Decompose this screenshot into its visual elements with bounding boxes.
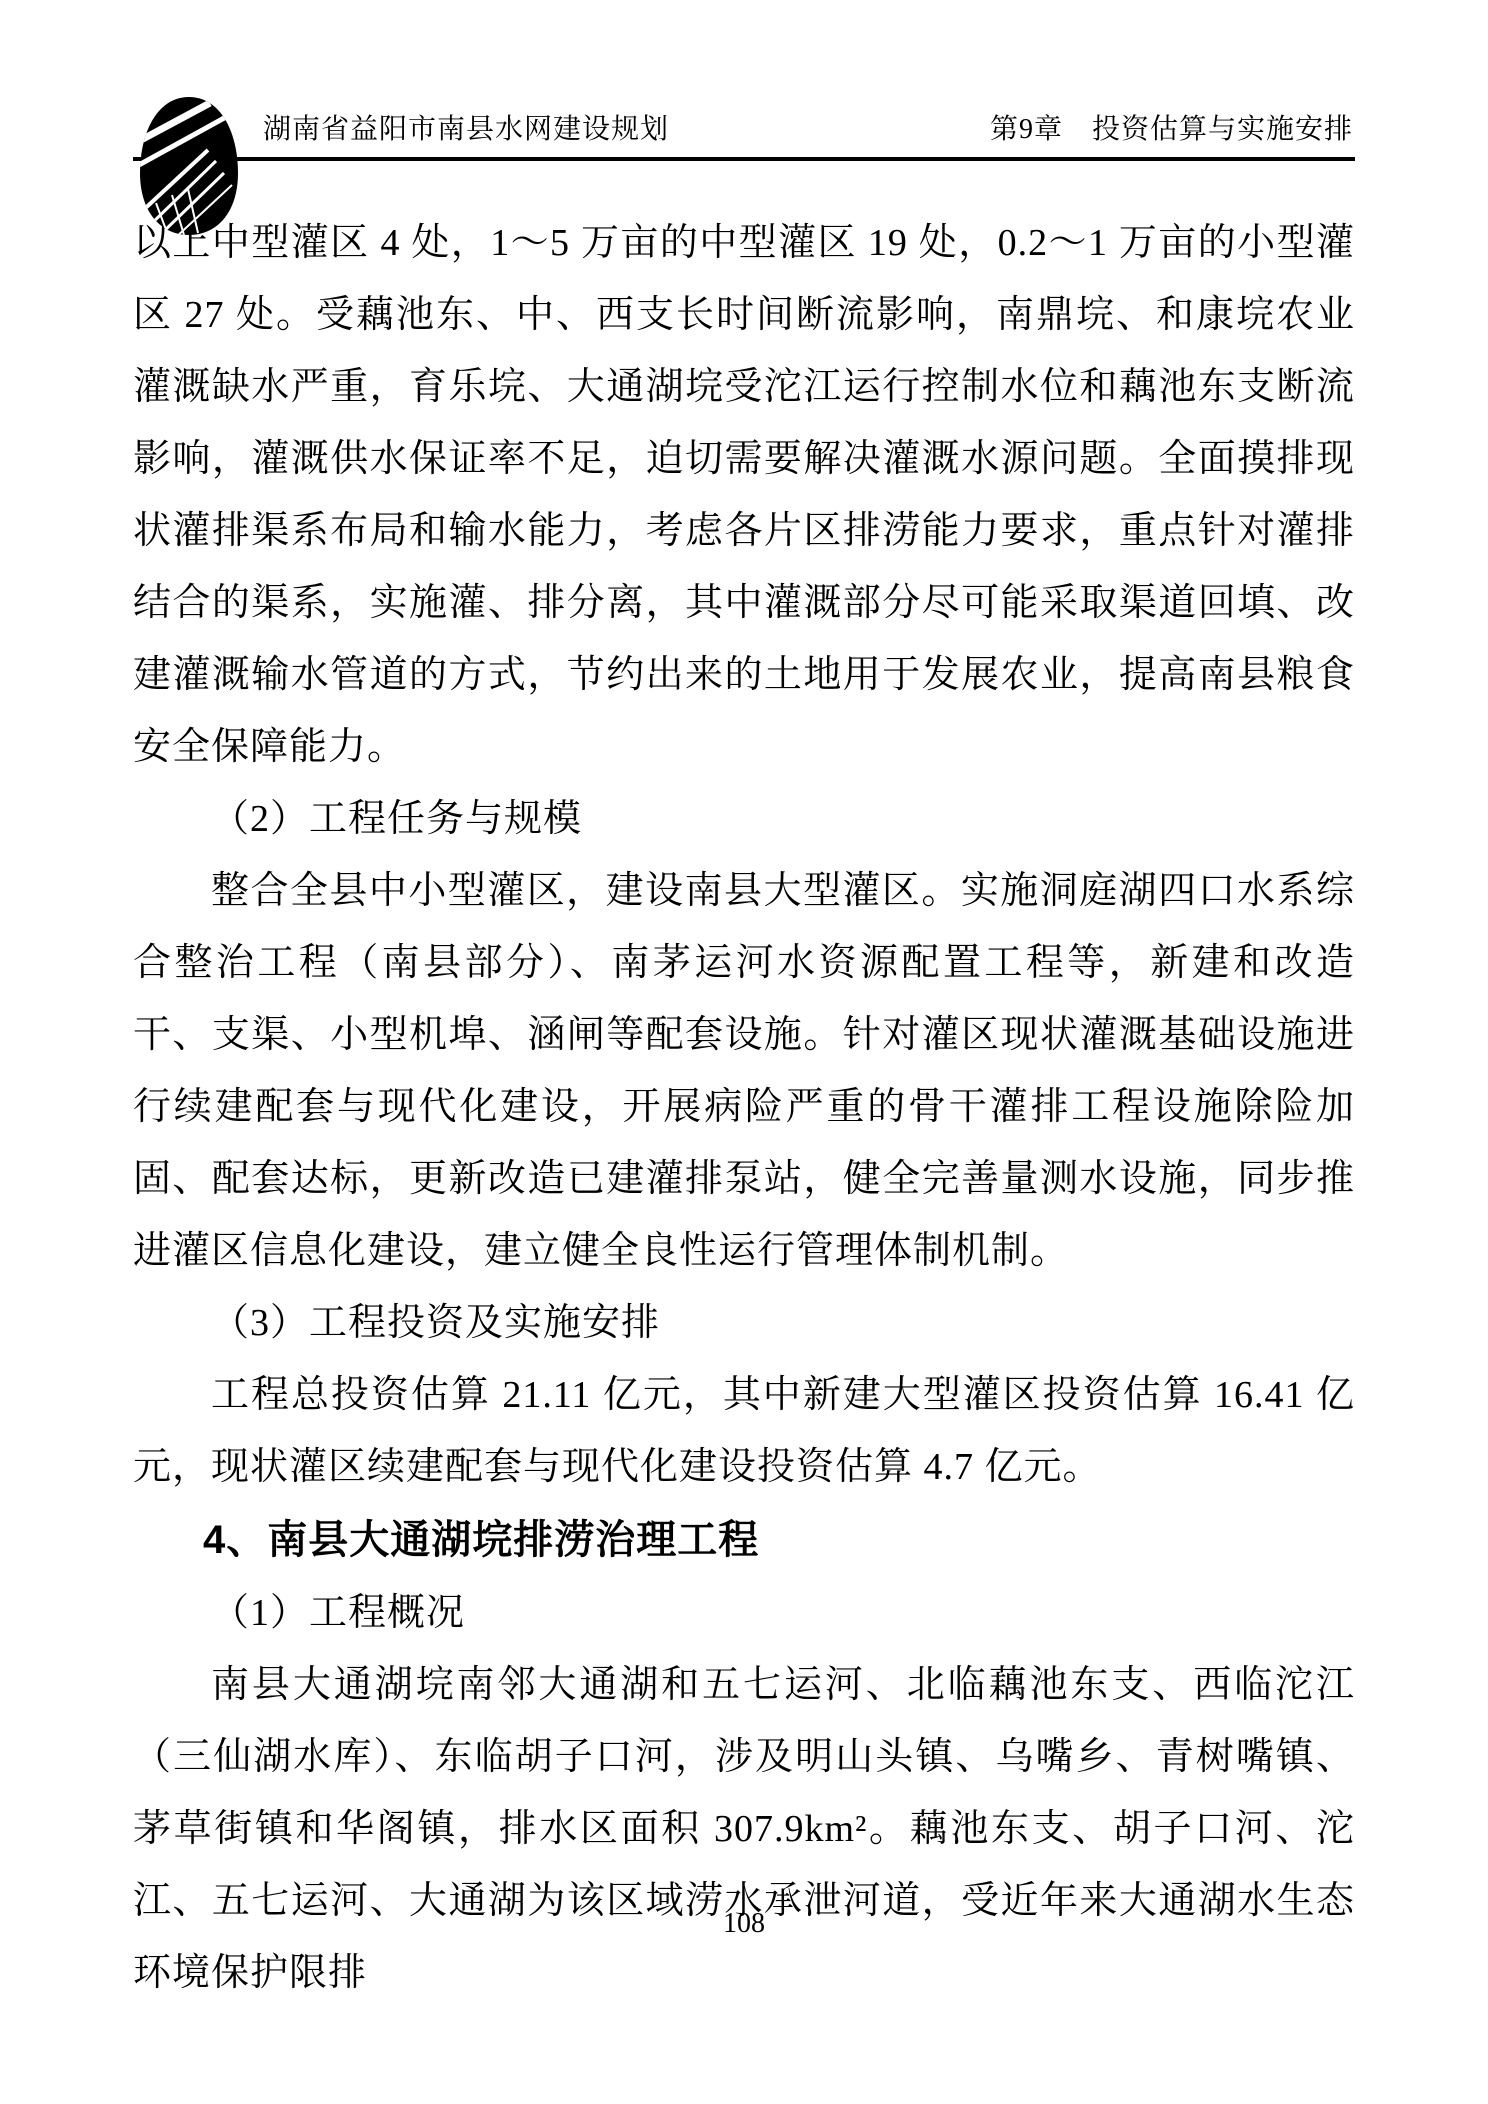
subheading-project-overview: （1）工程概况	[133, 1577, 1355, 1649]
document-title: 湖南省益阳市南县水网建设规划	[263, 112, 669, 148]
page-header: 湖南省益阳市南县水网建设规划 第9章 投资估算与实施安排	[133, 0, 1355, 240]
page-number: 108	[723, 1908, 765, 1939]
chapter-header: 第9章 投资估算与实施安排	[990, 112, 1353, 148]
document-body: 以上中型灌区 4 处，1～5 万亩的中型灌区 19 处，0.2～1 万亩的小型灌…	[133, 207, 1355, 2009]
page-footer: 108	[0, 1908, 1488, 1940]
document-page: 湖南省益阳市南县水网建设规划 第9章 投资估算与实施安排 以上中型灌区 4 处，…	[0, 0, 1488, 2104]
paragraph-task-and-scale: 整合全县中小型灌区，建设南县大型灌区。实施洞庭湖四口水系综合整治工程（南县部分）…	[133, 855, 1355, 1287]
paragraph-investment-estimate: 工程总投资估算 21.11 亿元，其中新建大型灌区投资估算 16.41 亿元，现…	[133, 1359, 1355, 1503]
water-network-emblem-icon	[138, 95, 240, 237]
paragraph-project-overview: 南县大通湖垸南邻大通湖和五七运河、北临藕池东支、西临沱江（三仙湖水库）、东临胡子…	[133, 1649, 1355, 2009]
paragraph-irrigation-status: 以上中型灌区 4 处，1～5 万亩的中型灌区 19 处，0.2～1 万亩的小型灌…	[133, 207, 1355, 783]
subheading-investment-schedule: （3）工程投资及实施安排	[133, 1287, 1355, 1359]
section-heading-drainage-project: 4、南县大通湖垸排涝治理工程	[133, 1503, 1355, 1577]
header-divider	[133, 157, 1355, 161]
subheading-task-and-scale: （2）工程任务与规模	[133, 783, 1355, 855]
